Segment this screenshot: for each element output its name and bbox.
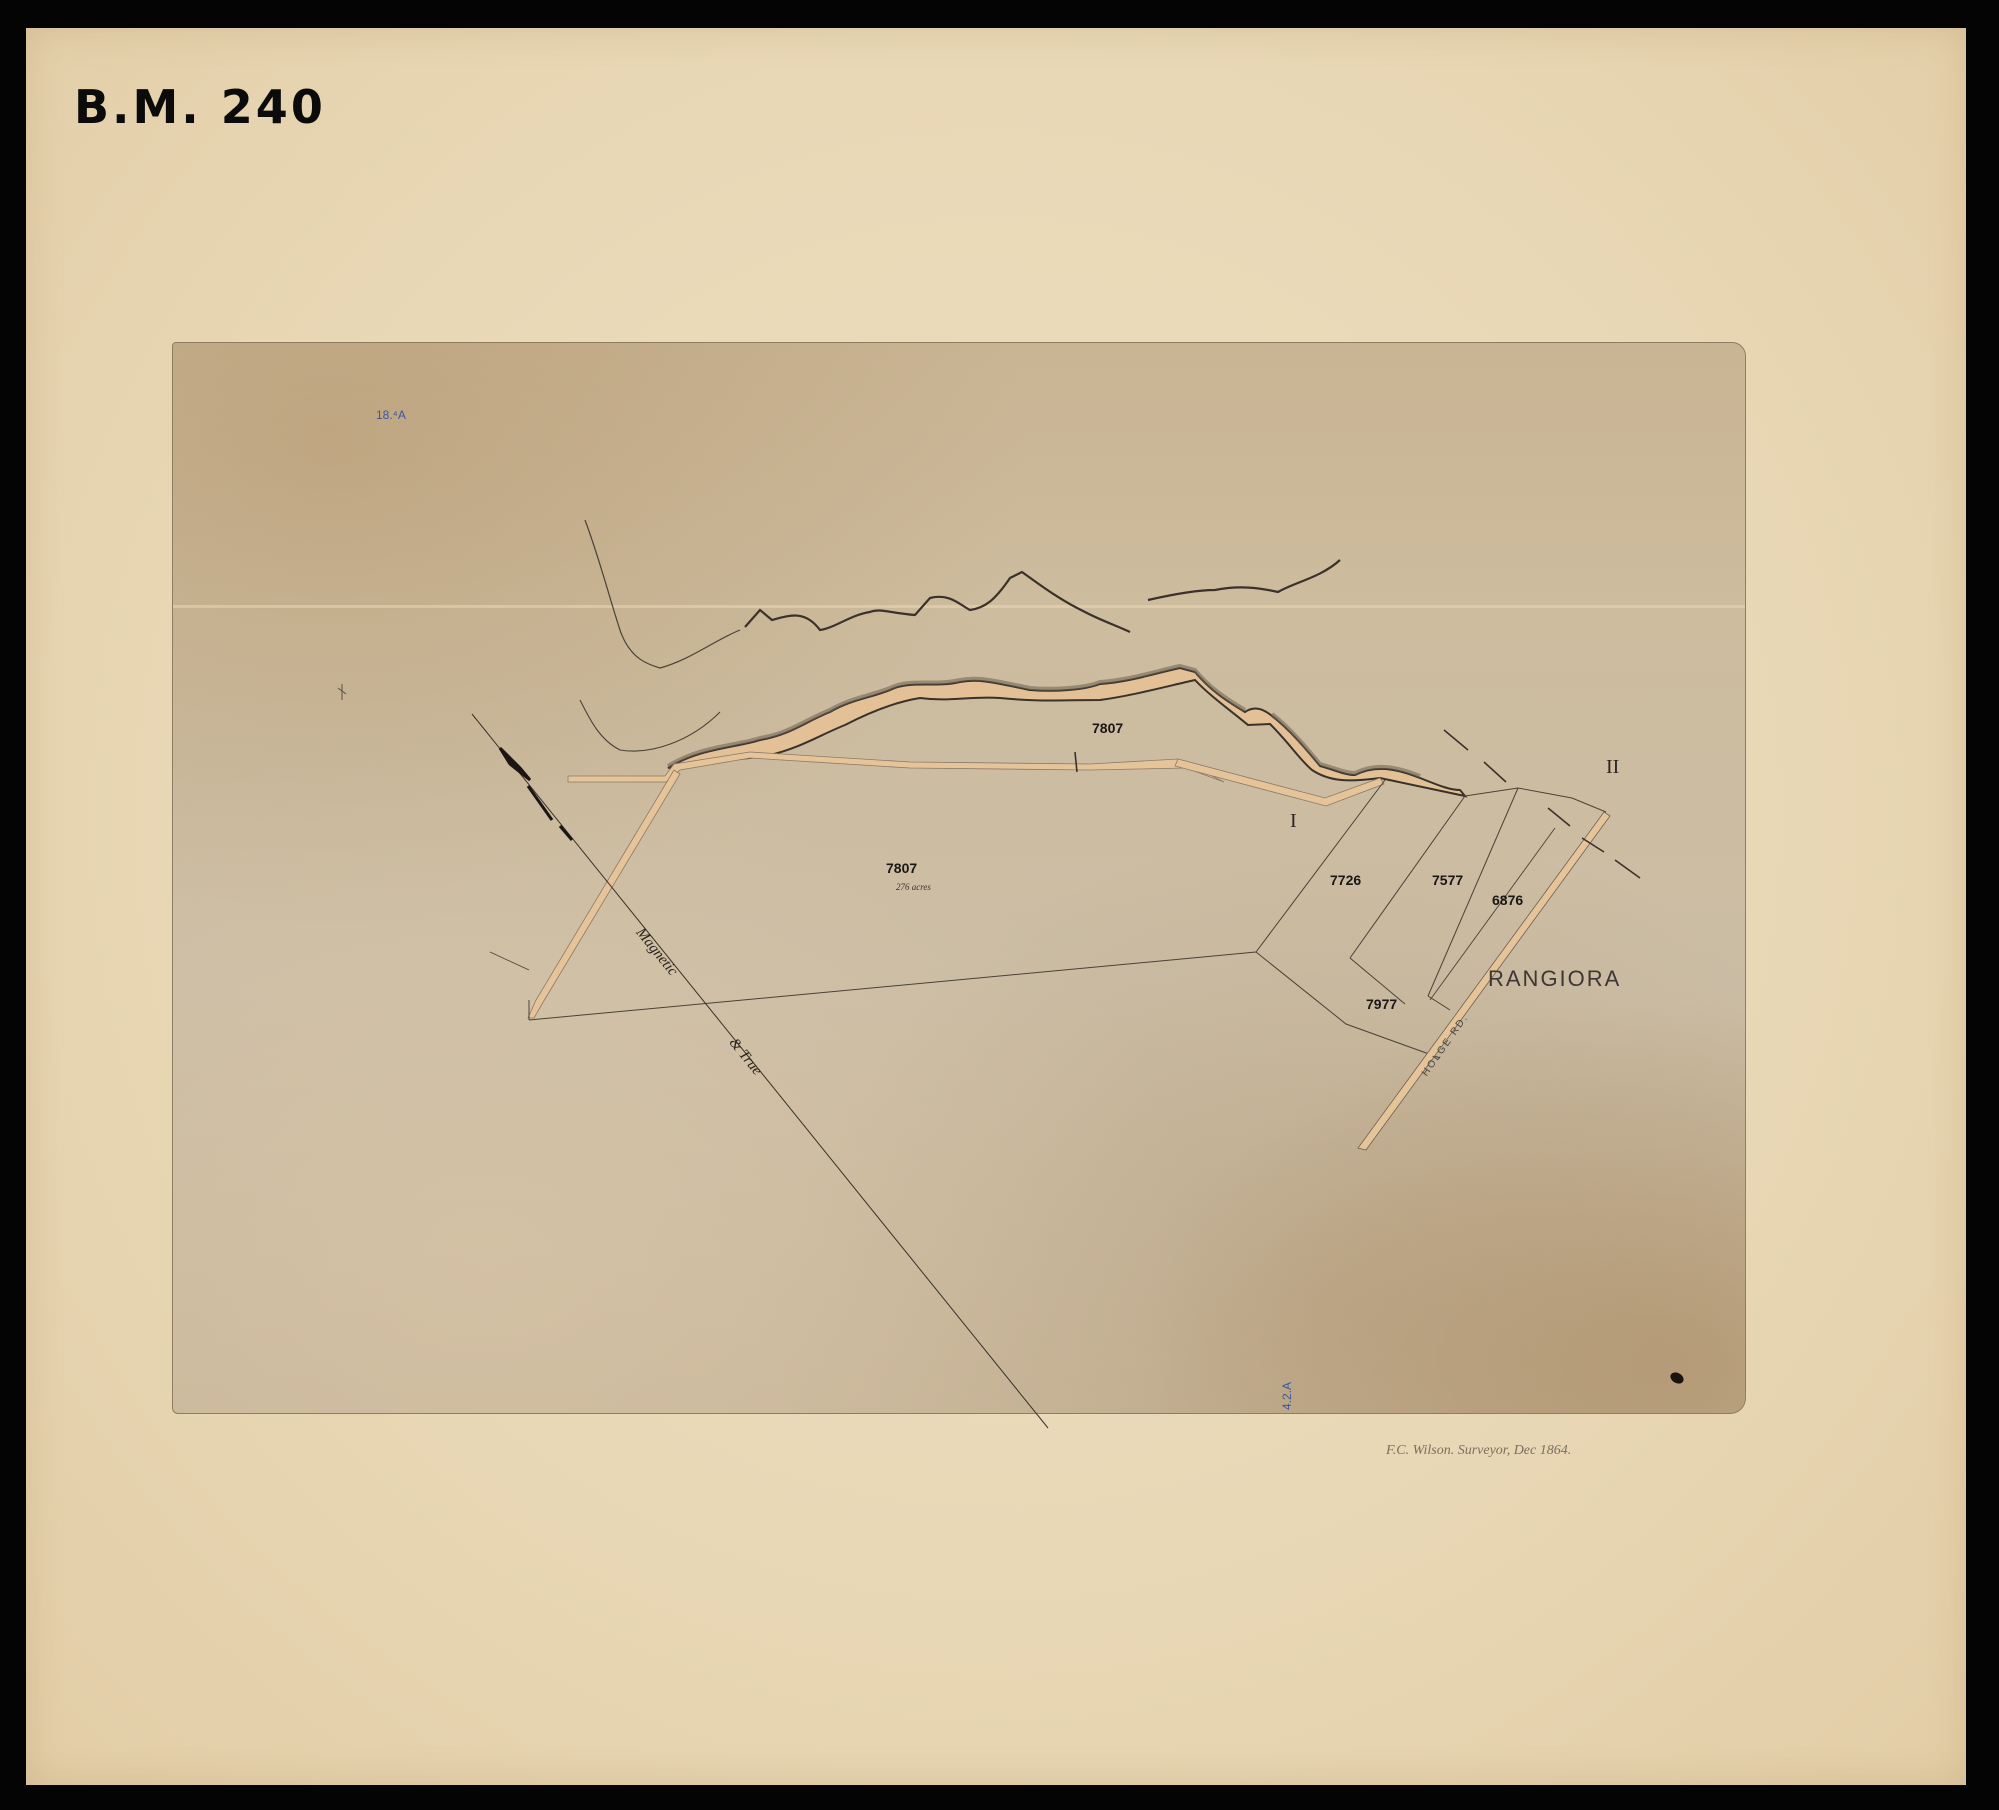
boundary-7977 [1256,952,1440,1058]
stream-line-lower [580,700,720,751]
surveyor-signature: F.C. Wilson. Surveyor, Dec 1864. [1386,1443,1571,1459]
stamp-bottom: 4.2.A [1280,1382,1294,1410]
boundary-west-spur [490,952,529,970]
road-reserve-diagonal [528,770,680,1018]
section-dashed-line [1444,730,1640,878]
parcel-label-7977: 7977 [1366,996,1397,1012]
road-reserve [568,752,1224,782]
survey-drawing [0,0,1999,1810]
parcel-label-7807-main: 7807 [886,860,917,876]
parcel-area-7807: 276 acres [896,882,931,892]
boundary-7726-west [1256,780,1385,952]
section-label-i: I [1290,810,1297,833]
town-label-rangiora: RANGIORA [1488,966,1621,992]
parcel-label-6876: 6876 [1492,892,1523,908]
section-label-ii: II [1606,756,1619,779]
boundary-south [529,952,1256,1020]
parcel-label-7577: 7577 [1432,872,1463,888]
cross-mark [338,684,346,700]
parcel-label-7807-strip: 7807 [1092,720,1123,736]
road-reserve-zigzag [1175,759,1384,806]
terrace-escarpment-upper [745,560,1340,632]
stream-line-upper [585,520,740,668]
stamp-top-left: 18.⁴A [376,408,406,422]
boundary-6876-east [1465,788,1606,812]
parcel-label-7726: 7726 [1330,872,1361,888]
boundary-7977-north [1350,958,1450,1010]
